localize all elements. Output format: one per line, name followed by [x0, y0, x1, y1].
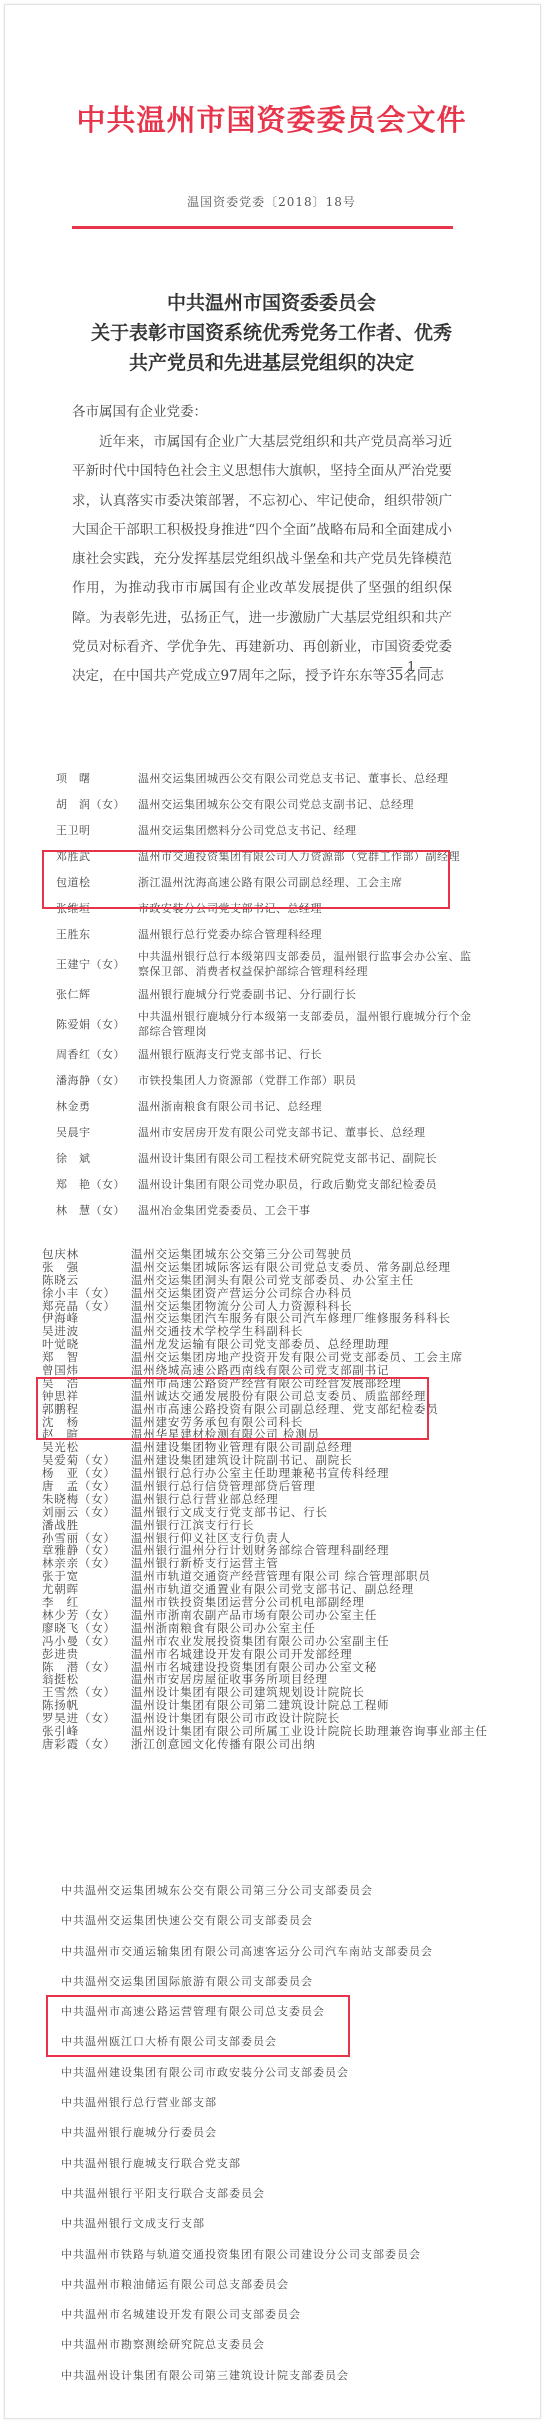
person-name: 李 红 — [42, 1596, 131, 1609]
person-position: 温州市农业发展投资集团有限公司办公室副主任 — [131, 1635, 482, 1648]
person-name: 林 慧（女） — [56, 1202, 138, 1218]
organization-name: 中共温州交运集团快速公交有限公司支部委员会 — [61, 1906, 433, 1936]
person-name: 吴晨宇 — [56, 1124, 138, 1140]
decision-title-line-2: 关于表彰市国资系统优秀党务工作者、优秀 — [0, 318, 543, 348]
list-item: 廖晓飞（女）温州浙南粮食有限公司办公室主任 — [42, 1622, 482, 1635]
organization-name: 中共温州建设集团有限公司市政安装分公司支部委员会 — [61, 2058, 433, 2088]
list-item: 郑 艳（女）温州设计集团有限公司党办职员，行政后勤党支部纪检委员 — [56, 1171, 476, 1197]
person-position: 温州浙南粮食有限公司办公室主任 — [131, 1622, 482, 1635]
list-item: 彭进贵温州市名城建设开发有限公司开发部经理 — [42, 1648, 482, 1661]
decision-title-line-3: 共产党员和先进基层党组织的决定 — [0, 348, 543, 378]
person-position: 温州交运集团燃料分公司党总支书记、经理 — [138, 823, 476, 838]
person-position: 温州交运集团城东公交有限公司党总支副书记、总经理 — [138, 797, 476, 812]
person-position: 温州银行总行党委办综合管理科经理 — [138, 927, 476, 942]
person-position: 温州银行文成支行党支部书记、行长 — [131, 1506, 482, 1519]
organization-name: 中共温州市勘察测绘研究院总支委员会 — [61, 2330, 433, 2360]
list-item: 王建宁（女）中共温州银行总行本级第四支部委员，温州银行监事会办公室、监察保卫部、… — [56, 947, 476, 981]
person-name: 徐 斌 — [56, 1150, 138, 1166]
person-position: 温州冶金集团党委委员、工会干事 — [138, 1203, 476, 1218]
person-position: 温州银行瓯海支行党支部书记、行长 — [138, 1047, 476, 1062]
person-name: 张仁辉 — [56, 986, 138, 1002]
organization-name: 中共温州交运集团国际旅游有限公司支部委员会 — [61, 1967, 433, 1997]
person-position: 温州市安居房开发有限公司党支部书记、董事长、总经理 — [138, 1125, 476, 1140]
person-name: 王建宁（女） — [56, 956, 138, 972]
person-position: 温州银行总行营业部总经理 — [131, 1493, 482, 1506]
person-position: 温州交运集团资产营运分公司综合办科员 — [131, 1287, 482, 1300]
organization-name: 中共温州银行文成支行支部 — [61, 2209, 433, 2239]
person-position: 温州设计集团有限公司工程技术研究院党支部书记、副院长 — [138, 1151, 476, 1166]
list-item: 陈爱娟（女）中共温州银行鹿城分行本级第一支部委员，温州银行鹿城分行个金部综合管理… — [56, 1007, 476, 1041]
person-position: 温州银行总行信贷管理部贷后管理 — [131, 1480, 482, 1493]
person-name: 潘海静（女） — [56, 1072, 138, 1088]
list-item: 包庆林温州交运集团城东公交第三分公司驾驶员 — [42, 1248, 482, 1261]
list-item: 张仁辉温州银行鹿城分行党委副书记、分行副行长 — [56, 981, 476, 1007]
person-name: 徐小丰（女） — [42, 1287, 131, 1300]
person-name: 项 曙 — [56, 770, 138, 786]
person-position: 温州市浙南农副产品市场有限公司办公室主任 — [131, 1609, 482, 1622]
person-name: 王卫明 — [56, 822, 138, 838]
person-name: 冯小曼（女） — [42, 1635, 131, 1648]
person-position: 温州银行鹿城分行党委副书记、分行副行长 — [138, 987, 476, 1002]
list-item: 王卫明温州交运集团燃料分公司党总支书记、经理 — [56, 817, 476, 843]
party-members-list: 包庆林温州交运集团城东公交第三分公司驾驶员张 强温州交运集团城际客运有限公司党总… — [42, 1248, 482, 1751]
organizations-list: 中共温州交运集团城东公交有限公司第三分公司支部委员会中共温州交运集团快速公交有限… — [61, 1876, 433, 2391]
list-item: 陈晓云温州交运集团洞头有限公司党支部委员、办公室主任 — [42, 1274, 482, 1287]
salutation: 各市属国有企业党委： — [72, 400, 207, 420]
list-item: 潘战胜温州银行江滨支行行长 — [42, 1519, 482, 1532]
person-position: 温州绕城高速公路西南线有限公司党支部副书记 — [131, 1364, 482, 1377]
list-item: 林金勇温州浙南粮食有限公司书记、总经理 — [56, 1093, 476, 1119]
document-number: 温国资委党委〔2018〕18号 — [0, 193, 543, 210]
person-position: 中共温州银行总行本级第四支部委员，温州银行监事会办公室、监察保卫部、消费者权益保… — [138, 949, 476, 979]
list-item: 张引峰温州设计集团有限公司所属工业设计院院长助理兼咨询事业部主任 — [42, 1725, 482, 1738]
list-item: 唐 孟（女）温州银行总行信贷管理部贷后管理 — [42, 1480, 482, 1493]
list-item: 刘丽云（女）温州银行文成支行党支部书记、行长 — [42, 1506, 482, 1519]
person-position: 温州交运集团城西公交有限公司党总支书记、董事长、总经理 — [138, 771, 476, 786]
list-item: 林少芳（女）温州市浙南农副产品市场有限公司办公室主任 — [42, 1609, 482, 1622]
person-position: 温州交运集团洞头有限公司党支部委员、办公室主任 — [131, 1274, 482, 1287]
highlight-box-workers — [42, 850, 450, 909]
organization-name: 中共温州市名城建设开发有限公司支部委员会 — [61, 2300, 433, 2330]
list-item: 张 强温州交运集团城际客运有限公司党总支委员、常务副总经理 — [42, 1261, 482, 1274]
list-item: 周香红（女）温州银行瓯海支行党支部书记、行长 — [56, 1041, 476, 1067]
list-item: 唐彩霞（女）浙江创意园文化传播有限公司出纳 — [42, 1738, 482, 1751]
decision-title: 中共温州市国资委委员会 关于表彰市国资系统优秀党务工作者、优秀 共产党员和先进基… — [0, 288, 543, 378]
person-position: 温州银行江滨支行行长 — [131, 1519, 482, 1532]
organization-name: 中共温州市交通运输集团有限公司高速客运分公司汽车南站支部委员会 — [61, 1937, 433, 1967]
person-position: 温州市名城建设开发有限公司开发部经理 — [131, 1648, 482, 1661]
list-item: 王胜东温州银行总行党委办综合管理科经理 — [56, 921, 476, 947]
organization-name: 中共温州交运集团城东公交有限公司第三分公司支部委员会 — [61, 1876, 433, 1906]
person-name: 廖晓飞（女） — [42, 1622, 131, 1635]
list-item: 林 慧（女）温州冶金集团党委委员、工会干事 — [56, 1197, 476, 1223]
person-name: 郑 艳（女） — [56, 1176, 138, 1192]
body-paragraph: 近年来，市属国有企业广大基层党组织和共产党员高举习近平新时代中国特色社会主义思想… — [72, 428, 452, 692]
person-name: 周香红（女） — [56, 1046, 138, 1062]
person-name: 刘丽云（女） — [42, 1506, 131, 1519]
person-position: 市铁投集团人力资源部（党群工作部）职员 — [138, 1073, 476, 1088]
person-name: 王胜东 — [56, 926, 138, 942]
person-name: 包庆林 — [42, 1248, 131, 1261]
list-item: 徐 斌温州设计集团有限公司工程技术研究院党支部书记、副院长 — [56, 1145, 476, 1171]
list-item: 吴晨宇温州市安居房开发有限公司党支部书记、董事长、总经理 — [56, 1119, 476, 1145]
organization-name: 中共温州银行平阳支行联合支部委员会 — [61, 2179, 433, 2209]
person-name: 曾国炜 — [42, 1364, 131, 1377]
person-name: 陈晓云 — [42, 1274, 131, 1287]
list-item: 朱晓梅（女）温州银行总行营业部总经理 — [42, 1493, 482, 1506]
person-name: 林少芳（女） — [42, 1609, 131, 1622]
person-name: 唐彩霞（女） — [42, 1738, 131, 1751]
person-name: 朱晓梅（女） — [42, 1493, 131, 1506]
highlight-box-organizations — [46, 1995, 350, 2057]
person-position: 温州设计集团有限公司所属工业设计院院长助理兼咨询事业部主任 — [131, 1725, 488, 1738]
organization-name: 中共温州银行总行营业部支部 — [61, 2088, 433, 2118]
list-item: 冯小曼（女）温州市农业发展投资集团有限公司办公室副主任 — [42, 1635, 482, 1648]
person-name: 胡 润（女） — [56, 796, 138, 812]
red-header-title: 中共温州市国资委委员会文件 — [0, 98, 543, 139]
person-position: 浙江创意园文化传播有限公司出纳 — [131, 1738, 482, 1751]
red-divider — [72, 226, 453, 229]
list-item: 徐小丰（女）温州交运集团资产营运分公司综合办科员 — [42, 1287, 482, 1300]
organization-name: 中共温州设计集团有限公司第三建筑设计院支部委员会 — [61, 2361, 433, 2391]
highlight-box-members — [36, 1377, 429, 1440]
list-item: 潘海静（女）市铁投集团人力资源部（党群工作部）职员 — [56, 1067, 476, 1093]
person-name: 张 强 — [42, 1261, 131, 1274]
person-position: 温州市铁投资集团运营分公司机电部副经理 — [131, 1596, 482, 1609]
list-item: 胡 润（女）温州交运集团城东公交有限公司党总支副书记、总经理 — [56, 791, 476, 817]
person-name: 张引峰 — [42, 1725, 131, 1738]
person-name: 林金勇 — [56, 1098, 138, 1114]
organization-name: 中共温州银行鹿城分行委员会 — [61, 2118, 433, 2148]
list-item: 李 红温州市铁投资集团运营分公司机电部副经理 — [42, 1596, 482, 1609]
list-item: 项 曙温州交运集团城西公交有限公司党总支书记、董事长、总经理 — [56, 765, 476, 791]
person-position: 温州设计集团有限公司党办职员，行政后勤党支部纪检委员 — [138, 1177, 476, 1192]
person-position: 温州交运集团城际客运有限公司党总支委员、常务副总经理 — [131, 1261, 482, 1274]
person-name: 彭进贵 — [42, 1648, 131, 1661]
organization-name: 中共温州银行鹿城支行联合党支部 — [61, 2149, 433, 2179]
organization-name: 中共温州市粮油储运有限公司总支部委员会 — [61, 2270, 433, 2300]
decision-title-line-1: 中共温州市国资委委员会 — [0, 288, 543, 318]
person-name: 陈爱娟（女） — [56, 1016, 138, 1032]
list-item: 曾国炜温州绕城高速公路西南线有限公司党支部副书记 — [42, 1364, 482, 1377]
organization-name: 中共温州市铁路与轨道交通投资集团有限公司建设分公司支部委员会 — [61, 2240, 433, 2270]
person-position: 温州浙南粮食有限公司书记、总经理 — [138, 1099, 476, 1114]
page-number: — 1 — — [390, 660, 433, 675]
person-position: 中共温州银行鹿城分行本级第一支部委员，温州银行鹿城分行个金部综合管理岗 — [138, 1009, 476, 1039]
person-name: 唐 孟（女） — [42, 1480, 131, 1493]
party-workers-list: 项 曙温州交运集团城西公交有限公司党总支书记、董事长、总经理胡 润（女）温州交运… — [56, 765, 476, 1223]
person-name: 潘战胜 — [42, 1519, 131, 1532]
person-position: 温州交运集团城东公交第三分公司驾驶员 — [131, 1248, 482, 1261]
